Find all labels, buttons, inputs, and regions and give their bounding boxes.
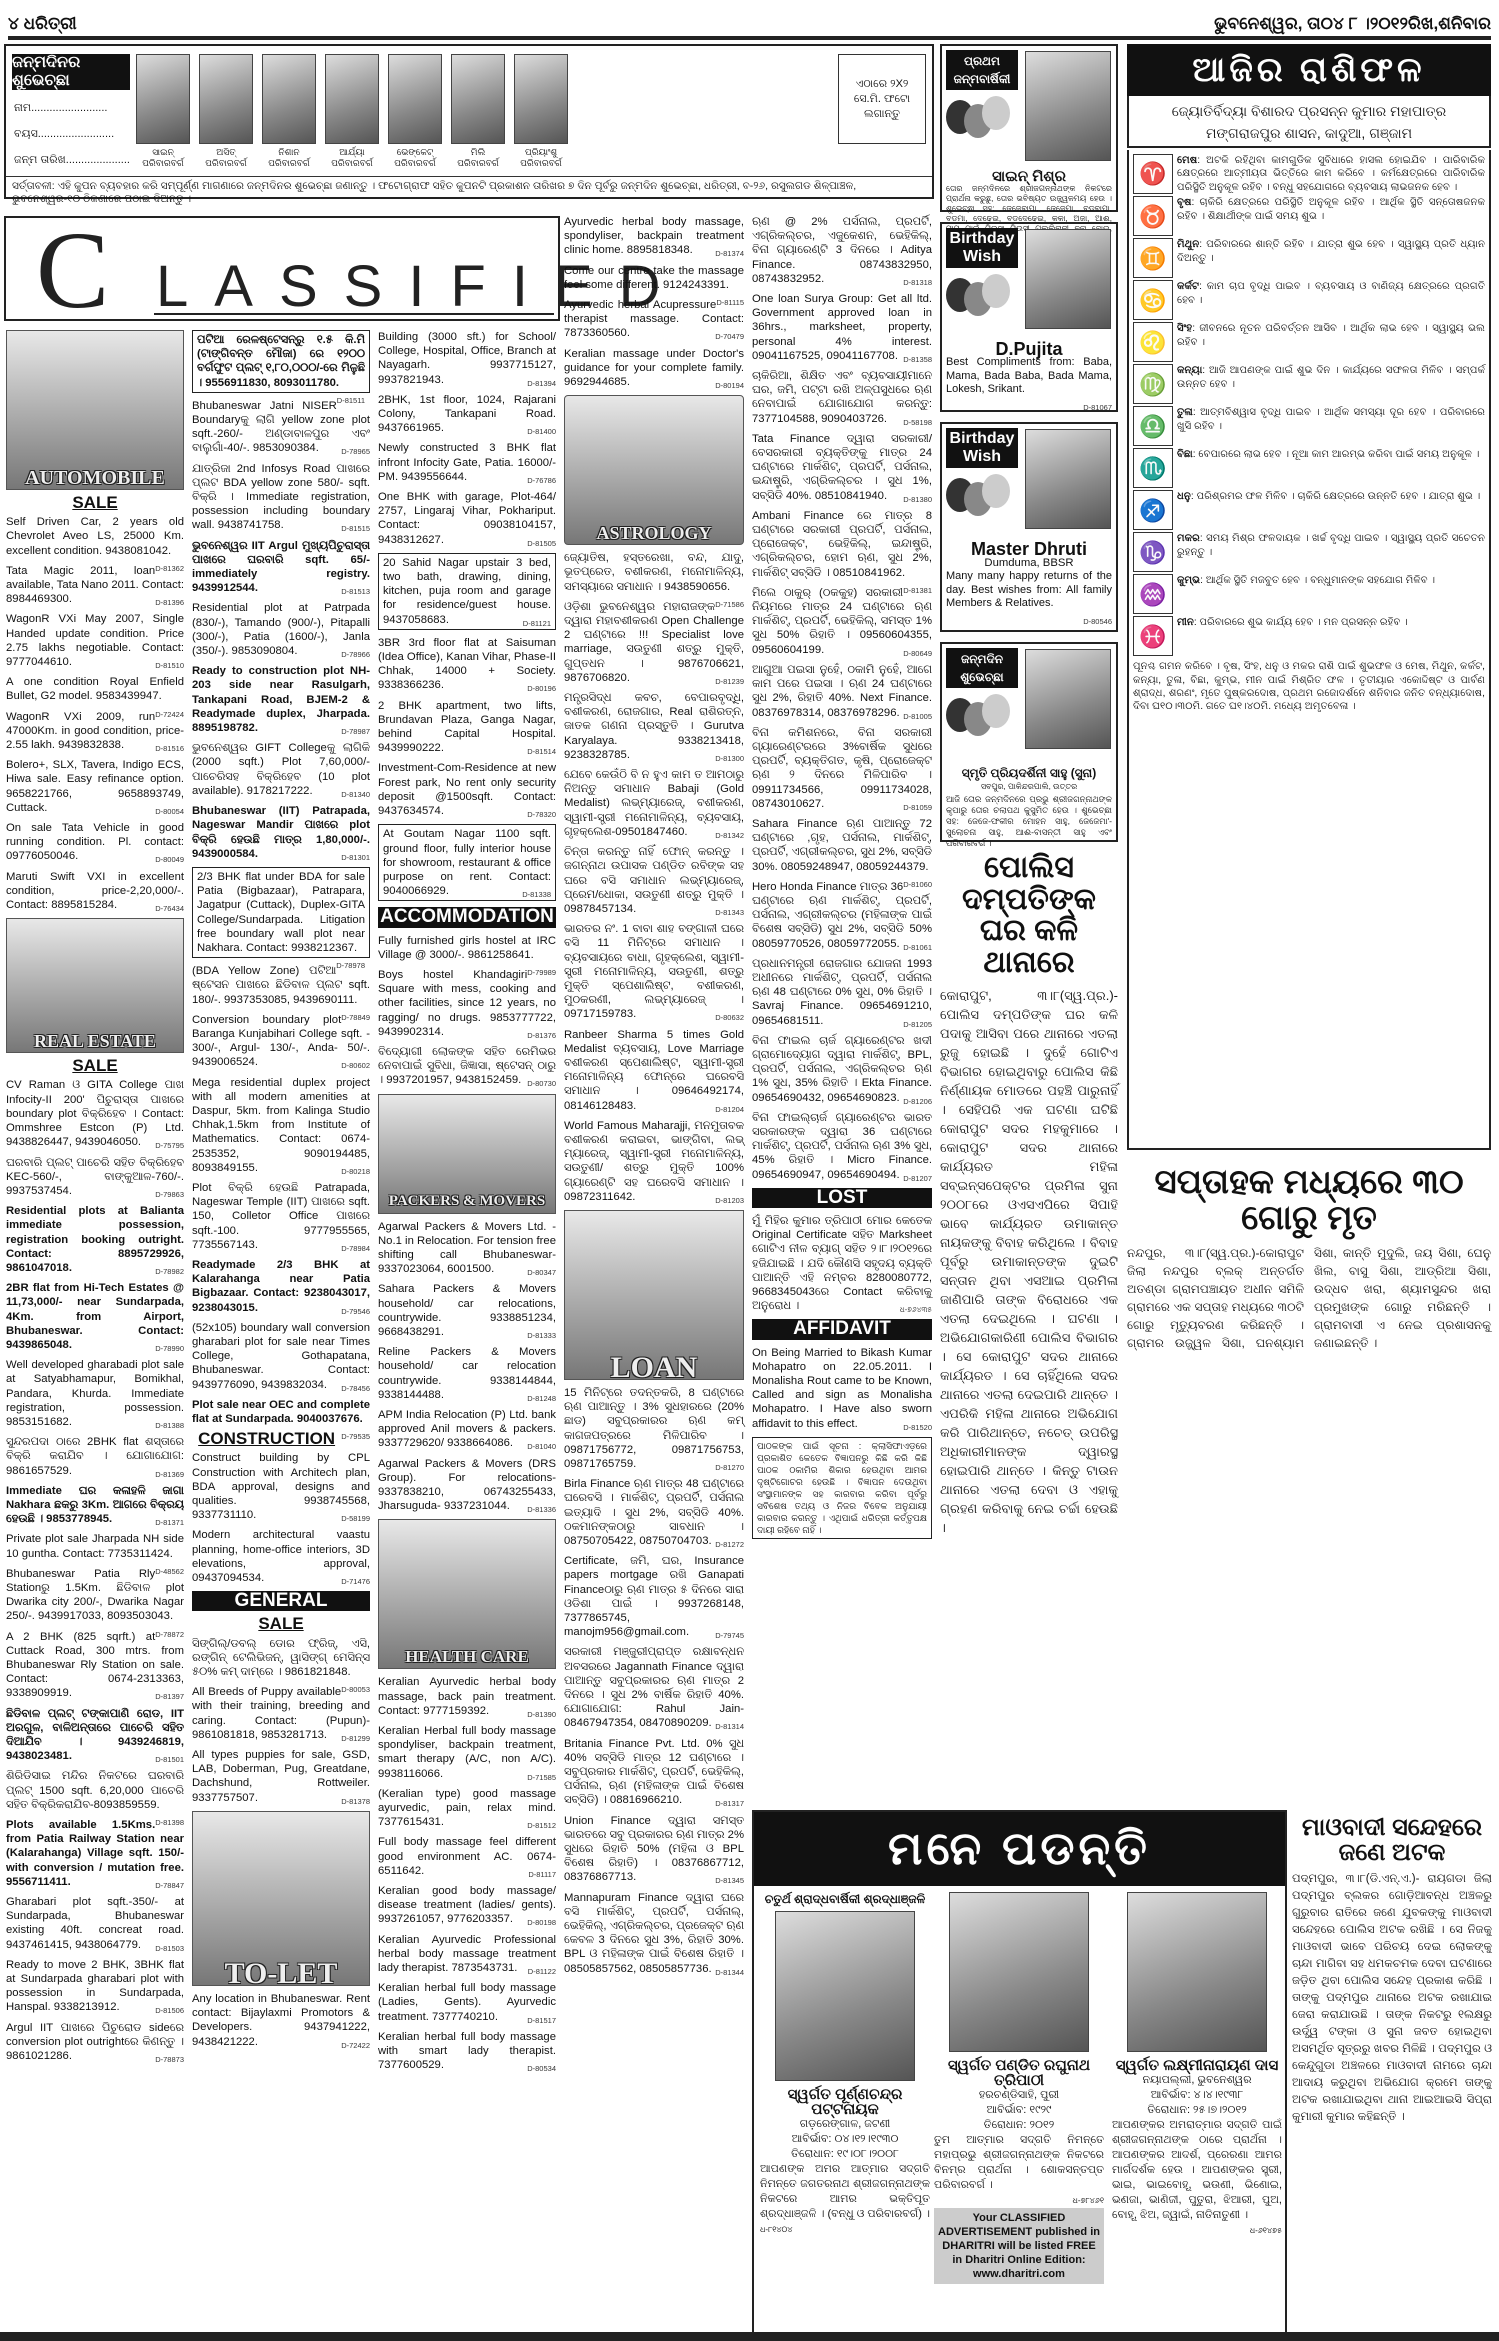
ad-code: D-80649 — [903, 647, 932, 661]
classified-ad: Readymade 2/3 BHK at Kalarahanga near Pa… — [192, 1258, 370, 1315]
ad-code: D-80194 — [715, 379, 744, 393]
obit-code: ଧ-୬୧୪୭୫ — [1112, 2223, 1282, 2238]
ad-text: ବିନା କମିଶନରେ, ବିନା ସରକାରୀ ଗ୍ୟାରେଣ୍ଟରରେ 3… — [752, 727, 932, 810]
sale-heading: SALE — [6, 496, 184, 510]
classified-ad: Plot ବିକ୍ରି ହେଉଛି Patrapada, Nageswar Te… — [192, 1181, 370, 1252]
zodiac-name: ମୀନ — [1177, 617, 1194, 628]
ad-code: D-79546 — [341, 1305, 370, 1319]
kid-family: ପରିବାରବର୍ଗ — [388, 158, 442, 169]
obit-place: ଗଡ଼ରେଙ୍ଗାଳ, ଜଟଣୀ — [760, 2117, 930, 2132]
masthead: ୪ ଧରିତ୍ରୀ ଭୁବନେଶ୍ୱର, ତା୦୪ ୮ ।୨୦୧୨ରିଖ,ଶନି… — [8, 4, 1491, 34]
ad-text: Come our centre take the massage feel so… — [564, 265, 744, 291]
astrology-image: ASTROLOGY — [564, 395, 744, 545]
classified-ad: Keralian herbal full body massage with s… — [378, 2030, 556, 2073]
ad-code: D-81506 — [155, 2004, 184, 2018]
ad-code: D-80054 — [155, 805, 184, 819]
kid-name: ଅସିତ୍ — [199, 147, 253, 158]
classified-ad: On sale Tata Vehicle in good running con… — [6, 821, 184, 864]
rashi-sign-entry: ♈ମେଷ: ଅଟକି ରହିଥିବା କାମଗୁଡିକ ସୁବିଧାରେ ହାସ… — [1133, 154, 1485, 194]
zodiac-name: କର୍କଟ — [1177, 281, 1199, 292]
classified-ad: ଭାରତର ନଂ. 1 ବାବା ଶାହ ବଙ୍ଗାଳୀ ଘରେ ବସି 11 … — [564, 922, 744, 1021]
kid-photo — [262, 54, 316, 144]
ad-code: D-81239 — [715, 675, 744, 689]
classified-ad: Keralian good body massage/ disease trea… — [378, 1884, 556, 1927]
healthcare-image: HEALTH CARE — [378, 1519, 556, 1669]
ad-text: (52x105) boundary wall conversion gharab… — [192, 1322, 370, 1391]
real-estate-image: REAL ESTATE — [6, 918, 184, 1053]
memoriam-section: ମନେ ପଡନ୍ତି ଚତୁର୍ଥ ଶ୍ରାଦ୍ଧବାର୍ଷିକୀ ଶ୍ରଦ୍ଧ… — [752, 1810, 1287, 2340]
ad-code: D-81517 — [527, 2014, 556, 2028]
sale-heading-2: SALE — [6, 1059, 184, 1073]
kid-name: ଭେଙ୍କେଟ୍ — [388, 147, 442, 158]
rashi-sign-entry: ♐ଧନୁ: ପରିଶ୍ରମର ଫଳ ମିଳିବ । ଚାକିରି କ୍ଷେତ୍ର… — [1133, 490, 1485, 530]
photo-placeholder: ଏଠାରେ ୨X୨ ସେ.ମି. ଫଟୋ ଲଗାନ୍ତୁ — [838, 54, 926, 144]
ad-text: 2BR flat from Hi-Tech Estates @ 11,73,00… — [6, 1282, 184, 1351]
ad-text: Sahara Finance ଋଣ ପାଆନ୍ତୁ 72 ଘଣ୍ଟାରେ ,ଗୃ… — [752, 818, 932, 873]
obit-died: ତିରୋଧାନ: ୧୯।୦୮।୨୦୦୮ — [760, 2147, 930, 2162]
ad-code: D-81398 — [155, 1816, 184, 1830]
wish-body: Many many happy returns of the day. Best… — [946, 570, 1112, 611]
classified-ad: ଋଣ @ 2% ପର୍ସନାଲ, ପ୍ରପର୍ଟି, ଏଗ୍ରିକଲ୍ଚର, ଏ… — [752, 215, 932, 286]
kid-card: ପ୍ରିୟାଂଶୁପରିବାରବର୍ଗ — [514, 54, 568, 169]
kid-photo — [199, 54, 253, 144]
kid-photo — [388, 54, 442, 144]
kid-family: ପରିବାରବର୍ଗ — [325, 158, 379, 169]
zodiac-icon: ♊ — [1133, 238, 1173, 278]
ad-text: ଓଡ଼ିଶା ଭୁବନେଶ୍ୱର ମହାରାଜଙ୍କ ଦ୍ୱାରା ମହାବଶୀ… — [564, 601, 744, 684]
classified-ad: Residential plot at Patrpada (830/-), Ta… — [192, 601, 370, 658]
classified-ad: ଭୁବନେଶ୍ୱର IIT Argul ମୁଖ୍ୟପିଚୁରାସ୍ତା ପାଖର… — [192, 539, 370, 596]
wish-name: ସାଇନ୍ ମିଶ୍ର — [946, 170, 1112, 184]
zodiac-icon: ♌ — [1133, 322, 1173, 362]
classified-underline — [154, 313, 554, 315]
ad-code: D-81388 — [155, 1419, 184, 1433]
classified-ad: Keralian Herbal full body massage spondy… — [378, 1724, 556, 1781]
ad-code: D-81378 — [341, 1795, 370, 1809]
wish-body: ଆଜି ତୋର ଜନ୍ମଦିନରେ ପ୍ରଭୁ ଶ୍ରୀଜଗନ୍ନାଥଙ୍କ କ… — [946, 794, 1112, 849]
ad-code: D-79989 — [527, 966, 556, 980]
wish-name: Master Dhruti — [946, 542, 1112, 556]
affidavit-ad: On Being Married to Bikash Kumar Mohapat… — [752, 1346, 932, 1431]
ad-code: D-81362 — [155, 562, 184, 576]
classified-ad: One loan Surya Group: Get all ltd. Gover… — [752, 292, 932, 363]
free-listing-notice: Your CLASSIFIED ADVERTISEMENT published … — [934, 2208, 1104, 2284]
ad-code: D-81203 — [715, 1194, 744, 1208]
ad-code: D-81343 — [715, 906, 744, 920]
obit-photo — [1127, 1892, 1267, 2052]
classified-ad: Plot sale near OEC and complete flat at … — [192, 1398, 370, 1426]
ad-text: Ready to construction plot NH-203 side n… — [192, 665, 370, 734]
classified-ad: 2BR flat from Hi-Tech Estates @ 11,73,00… — [6, 1281, 184, 1352]
zodiac-name: କନ୍ୟା — [1177, 365, 1202, 376]
classified-ad: 15 ମିନିଟ୍‌ରେ ତଦନ୍ତକରି, 8 ଘଣ୍ଟାରେ ଋଣ ପାଆନ… — [564, 1386, 744, 1471]
ad-code: D-81272 — [715, 1538, 744, 1552]
ad-code: D-81061 — [903, 941, 932, 955]
ad-code: D-81207 — [903, 1172, 932, 1186]
classified-ad: ପ୍ରଧାନମନ୍ତ୍ରୀ ରୋଜଗାର ଯୋଜନା 1993 ଅଧୀନରେ ମ… — [752, 957, 932, 1028]
classified-ad: Building (3000 sft.) for School/ College… — [378, 330, 556, 387]
ad-text: Britania Finance Pvt. Ltd. 0% ସୁଧ 40% ସବ… — [564, 1738, 744, 1807]
column-4: Ayurvedic herbal body massage, spondylis… — [564, 215, 744, 1982]
classified-ad: Certificate, ଜମି, ଘର, Insurance papers m… — [564, 1554, 744, 1639]
ad-code: D-81248 — [527, 1392, 556, 1406]
ad-code: D-81204 — [715, 1103, 744, 1117]
ad-code: D-80218 — [341, 1165, 370, 1179]
ad-code: D-81514 — [527, 745, 556, 759]
ad-code: D-81513 — [341, 585, 370, 599]
obit-photo — [775, 1911, 915, 2081]
classified-ad: CV Raman ଓ GITA College ପାଖ Infocity-II … — [6, 1078, 184, 1149]
zodiac-text: ଅଟକି ରହିଥିବା କାମଗୁଡିକ ସୁବିଧାରେ ହାସଲ ହୋଇଯ… — [1177, 155, 1485, 193]
ad-code: D-76786 — [527, 474, 556, 488]
ad-code: D-71586 — [715, 598, 744, 612]
lost-heading: LOST — [752, 1188, 932, 1208]
rashifala-title: ଆଜିର ରାଶିଫଳ — [1127, 44, 1491, 96]
ad-text: ଋଣ @ 2% ପର୍ସନାଲ, ପ୍ରପର୍ଟି, ଏଗ୍ରିକଲ୍ଚର, ଏ… — [752, 216, 932, 285]
anniversary-wish: ପ୍ରଥମ ଜନ୍ମବାର୍ଷିକୀ ସାଇନ୍ ମିଶ୍ର ତୋର ଜନ୍ମଦ… — [940, 44, 1118, 212]
obit-name: ସ୍ୱର୍ଗତ ପଣ୍ଡିତ ରଘୁନାଥ ତ୍ରିପାଠୀ — [934, 2058, 1104, 2088]
zodiac-text: ଆଜି ଆପଣଙ୍କ ପାଇଁ ଶୁଭ ଦିନ । କାର୍ଯ୍ୟରେ ସଫଳତ… — [1177, 365, 1485, 389]
ad-text: 2/3 BHK flat under BDA for sale Patia (B… — [197, 871, 365, 954]
kid-family: ପରିବାରବର୍ଗ — [136, 158, 190, 169]
classified-ad: Bolero+, SLX, Tavera, Indigo ECS, Hiwa s… — [6, 758, 184, 815]
obit-card: ସ୍ୱର୍ଗତ ଲକ୍ଷ୍ମୀନାରାୟଣ ଦାସ ନୟାପଲ୍ଲୀ, ଭୁବନ… — [1112, 1892, 1282, 2238]
ad-code: D-81117 — [528, 1868, 556, 1882]
zodiac-name: ଧନୁ — [1177, 491, 1191, 502]
classified-ad: Birla Finance ଋଣ ମାତ୍ର 48 ଘଣ୍ଟାରେ ଘରେବସି… — [564, 1477, 744, 1548]
ad-code: D-78984 — [341, 1242, 370, 1256]
packers-caption: PACKERS & MOVERS — [379, 1194, 555, 1208]
masthead-rule — [8, 36, 1491, 40]
classified-ad: Reline Packers & Movers household/ car r… — [378, 1345, 556, 1402]
ad-code: D-81501 — [155, 1753, 184, 1767]
zodiac-icon: ♓ — [1133, 616, 1173, 656]
maoist-headline: ମାଓବାଦୀ ସନ୍ଦେହରେ ଜଣେ ଅଟକ — [1292, 1815, 1492, 1865]
wish-photo — [1025, 429, 1111, 529]
kid-name: ସାଇନ୍ — [136, 147, 190, 158]
ad-code: D-79863 — [155, 1188, 184, 1202]
column-5: ଋଣ @ 2% ପର୍ସନାଲ, ପ୍ରପର୍ଟି, ଏଗ୍ରିକଲ୍ଚର, ଏ… — [752, 215, 932, 1539]
ad-text: ଜ୍ୟୋତିଷ, ହସ୍ତରେଖା, ବନ୍ଦ, ଯାଦୁ, ଭୂତପ୍ରେତ,… — [564, 552, 744, 592]
ad-text: On Being Married to Bikash Kumar Mohapat… — [752, 1347, 932, 1430]
ad-code: D-81344 — [715, 1966, 744, 1980]
page-label: ୪ ଧରିତ୍ରୀ — [8, 14, 77, 34]
classified-ad: ଯାତ୍ରିଜା 2nd Infosys Road ପାଖରେ ପ୍ଲଟ BDA… — [192, 462, 370, 533]
classified-ad: ମନ୍ତ୍ରସିଦ୍ଧ କବଚ, ବେପାରବୃଦ୍ଧି, ବଶୀକରଣ, ରୋ… — [564, 691, 744, 762]
cattle-story: ସପ୍ତାହକ ମଧ୍ୟରେ ୩୦ ଗୋରୁ ମୃତ ନନ୍ଦପୁର, ୩।୮(… — [1127, 1165, 1491, 1805]
classified-ad: Bhubaneswar (IIT) Patrapada, Nageswar Ma… — [192, 804, 370, 861]
ad-code: D-81060 — [903, 878, 932, 892]
cattle-headline: ସପ୍ତାହକ ମଧ୍ୟରେ ୩୦ ଗୋରୁ ମୃତ — [1127, 1165, 1491, 1236]
classified-ad: Modern architectural vaastu planning, ho… — [192, 1528, 370, 1585]
classified-ad: Ready to move 2 BHK, 3BHK flat at Sundar… — [6, 1958, 184, 2015]
kid-family: ପରିବାରବର୍ଗ — [199, 158, 253, 169]
ad-code: D-81317 — [715, 1797, 744, 1811]
ad-text: ଯେବେ କେଉଁଠି ବି ନ ହୁଏ କାମ ତ ଆମଠାରୁ ନିଅନ୍ତ… — [564, 769, 744, 838]
zodiac-text: ପରିବାରରେ ଶାନ୍ତି ରହିବ । ଯାତ୍ରା ଶୁଭ ହେବ । … — [1177, 239, 1485, 263]
classified-ad: Sahara Packers & Movers household/ car r… — [378, 1282, 556, 1339]
classified-ad: Residential plots at Balianta immediate … — [6, 1204, 184, 1275]
ad-text: Fully furnished girls hostel at IRC Vill… — [378, 935, 556, 961]
kid-photo — [451, 54, 505, 144]
classified-ad: Agarwal Packers & Movers (DRS Group). Fo… — [378, 1457, 556, 1514]
classified-ad: Keralian Ayurvedic Professional herbal b… — [378, 1933, 556, 1976]
ad-code: D-78456 — [341, 1382, 370, 1396]
ad-text: Tata Finance ଦ୍ୱାରା ସରକାରୀ/ ବେସରକାରୀ ବ୍ୟ… — [752, 433, 932, 502]
rashifala-body: ♈ମେଷ: ଅଟକି ରହିଥିବା କାମଗୁଡିକ ସୁବିଧାରେ ହାସ… — [1127, 150, 1491, 1150]
ad-text: 15 ମିନିଟ୍‌ରେ ତଦନ୍ତକରି, 8 ଘଣ୍ଟାରେ ଋଣ ପାଆନ… — [564, 1387, 744, 1470]
general-heading: GENERAL — [192, 1591, 370, 1611]
classified-ad: Ready to construction plot NH-203 side n… — [192, 664, 370, 735]
ad-code: D-81515 — [341, 522, 370, 536]
classified-ad: Full body massage feel different good en… — [378, 1835, 556, 1878]
zodiac-name: ମିଥୁନ — [1177, 239, 1199, 250]
ad-code: D-80196 — [527, 682, 556, 696]
ad-code: D-79535 — [341, 1430, 370, 1444]
zodiac-icon: ♑ — [1133, 532, 1173, 572]
obit-code: ଧ-୮୧୪୦୪ — [760, 2222, 930, 2237]
ad-text: ଶିରିଡିସାଇ ମନ୍ଦିର ନିକଟରେ ଘରବାରି ପ୍ଲଟ୍ 150… — [6, 1770, 184, 1810]
ad-code: D-80534 — [527, 2062, 556, 2076]
ad-code: D-81270 — [715, 1461, 744, 1475]
zodiac-name: ସିଂହ — [1177, 323, 1192, 334]
automobile-image: AUTOMOBILE — [6, 330, 184, 490]
loan-image: LOAN — [564, 1210, 744, 1380]
wish-name: D.Pujita — [946, 342, 1112, 356]
birthday-coupon-title: ଜନ୍ମଦିନର ଶୁଭେଚ୍ଛା — [12, 54, 130, 90]
classified-ad: Private plot sale Jharpada NH side 10 gu… — [6, 1532, 184, 1560]
classified-ad: Self Driven Car, 2 years old Chevrolet A… — [6, 515, 184, 558]
classified-ad: ବିନା ଫାଇଲ୍‌ଚାର୍ଜ ଗ୍ୟାରେଣ୍ଟର ଭାରତ ସରକାରଙ୍… — [752, 1111, 932, 1182]
classified-ad: ଚାକିରିଆ, ଶିକ୍ଷିତ ଏବଂ ବ୍ୟବସାୟୀମାନେ ଘର, ଜମ… — [752, 369, 932, 426]
obit-place: ହରଚଣ୍ଡିସାହି, ପୁରୀ — [934, 2088, 1104, 2103]
ad-code: D-79745 — [715, 1629, 744, 1643]
ad-text: CV Raman ଓ GITA College ପାଖ Infocity-II … — [6, 1079, 184, 1148]
ad-code: D-81394 — [527, 377, 556, 391]
ad-text: Birla Finance ଋଣ ମାତ୍ର 48 ଘଣ୍ଟାରେ ଘରେବସି… — [564, 1478, 744, 1547]
rashi-sign-entry: ♏ବିଛା: ବେପାରରେ ଲାଭ ହେବ । ନୂଆ କାମ ଆରମ୍ଭ କ… — [1133, 448, 1485, 488]
ad-code: D-81512 — [527, 1819, 556, 1833]
age-field[interactable]: ବୟସ......................... — [14, 128, 114, 141]
birthday-wish-dhruti: Birthday Wish Master Dhruti Dumduma, BBS… — [940, 422, 1118, 632]
classified-ad: ବିନା କମିଶନରେ, ବିନା ସରକାରୀ ଗ୍ୟାରେଣ୍ଟରରେ 3… — [752, 726, 932, 811]
ad-code: D-81390 — [527, 1708, 556, 1722]
classified-ad: 2 BHK apartment, two lifts, Brundavan Pl… — [378, 699, 556, 756]
kid-family: ପରିବାରବର୍ଗ — [514, 158, 568, 169]
obit-card: ଚତୁର୍ଥ ଶ୍ରାଦ୍ଧବାର୍ଷିକୀ ଶ୍ରଦ୍ଧାଞ୍ଜଳି ସ୍ୱର… — [760, 1892, 930, 2237]
ad-code: D-81376 — [527, 1029, 556, 1043]
ad-code: D-81371 — [155, 1516, 184, 1530]
ad-text: Mannapuram Finance ଦ୍ୱାରା ଘରେ ବସି ମାର୍କଶ… — [564, 1892, 744, 1975]
astrologer-address: ମଙ୍ଗରାଜପୁର ଶାସନ, କାଦୁଆ, ଗଞ୍ଜାମ — [1129, 122, 1489, 144]
automobile-caption: AUTOMOBILE — [7, 471, 183, 485]
classified-ad: Mannapuram Finance ଦ୍ୱାରା ଘରେ ବସି ମାର୍କଶ… — [564, 1891, 744, 1976]
wish-tag: Birthday Wish — [946, 228, 1018, 268]
ad-text: Ambani Finance ରେ ମାତ୍ର 8 ଘଣ୍ଟାରେ ସରକାରୀ… — [752, 510, 932, 579]
kid-photo — [325, 54, 379, 144]
classified-ad: ସିଙ୍ଗିଲ୍/ଡବଲ୍ ଡୋର ଫ୍ରିଜ୍, ଏସି, ରଙ୍ଗିନ୍ ଟ… — [192, 1637, 370, 1680]
classified-ad: Newly constructed 3 BHK flat infront Inf… — [378, 441, 556, 484]
zodiac-name: ବୃଷ — [1177, 197, 1191, 208]
classified-ad: (52x105) boundary wall conversion gharab… — [192, 1321, 370, 1392]
obit-card: ସ୍ୱର୍ଗତ ପଣ୍ଡିତ ରଘୁନାଥ ତ୍ରିପାଠୀ ହରଚଣ୍ଡିସା… — [934, 1892, 1104, 2284]
kid-card: ଅସିତ୍ପରିବାରବର୍ଗ — [199, 54, 253, 169]
ad-code: D-81005 — [903, 710, 932, 724]
zodiac-icon: ♉ — [1133, 196, 1173, 236]
ad-code: D-81400 — [527, 425, 556, 439]
ad-code: D-81314 — [715, 1720, 744, 1734]
memoriam-banner: ମନେ ପଡନ୍ତି — [754, 1812, 1285, 1886]
ad-code: D-81205 — [903, 1018, 932, 1032]
classified-c: C — [36, 220, 109, 320]
classified-ad: 2BHK, 1st floor, 1024, Rajarani Colony, … — [378, 393, 556, 436]
ad-code: D-81338 — [522, 888, 551, 902]
classified-ad: APM India Relocation (P) Ltd. bank appro… — [378, 1408, 556, 1451]
wish-photo — [1025, 51, 1111, 161]
ad-code: D-81396 — [155, 596, 184, 610]
ad-code: D-81345 — [715, 1874, 744, 1888]
kid-name: ଆର୍ଯ୍ୟା — [325, 147, 379, 158]
ad-code: D-78966 — [341, 648, 370, 662]
ad-code: D-48562 — [155, 1565, 184, 1579]
ad-code: D-81342 — [715, 829, 744, 843]
rashi-sign-entry: ♎ତୁଳା: ଆତ୍ମବିଶ୍ୱାସ ବୃଦ୍ଧି ପାଇବ । ଆର୍ଥିକ … — [1133, 406, 1485, 446]
classified-ad: Ranbeer Sharma 5 times Gold Medalist ବ୍ୟ… — [564, 1028, 744, 1113]
ad-text: Plot sale near OEC and complete flat at … — [192, 1399, 370, 1425]
classified-ad: Construct building by CPL Construction w… — [192, 1451, 370, 1522]
ad-text: ମନ୍ତ୍ରସିଦ୍ଧ କବଚ, ବେପାରବୃଦ୍ଧି, ବଶୀକରଣ, ରୋ… — [564, 692, 744, 761]
classified-ad: WagonR VXi May 2007, Single Handed updat… — [6, 612, 184, 669]
zodiac-text: ଆତ୍ମବିଶ୍ୱାସ ବୃଦ୍ଧି ପାଇବ । ଆର୍ଥିକ ସମସ୍ୟା … — [1177, 407, 1485, 431]
classified-ad: Britania Finance Pvt. Ltd. 0% ସୁଧ 40% ସବ… — [564, 1737, 744, 1808]
astrology-caption: ASTROLOGY — [565, 526, 743, 540]
rashi-sign-entry: ♒କୁମ୍ଭ: ଆର୍ଥିକ ସ୍ଥିତି ମଜବୁତ ହେବ । ବନ୍ଧୁମ… — [1133, 574, 1485, 614]
accommodation-heading: ACCOMMODATION — [378, 907, 556, 927]
rashi-sign-entry: ♊ମିଥୁନ: ପରିବାରରେ ଶାନ୍ତି ରହିବ । ଯାତ୍ରା ଶୁ… — [1133, 238, 1485, 278]
classified-ad: One BHK with garage, Plot-464/ 2757, Lin… — [378, 490, 556, 547]
zodiac-icon: ♐ — [1133, 490, 1173, 530]
obit-born: ଆବିର୍ଭାବ: ୦୪।୧୨।୧୯୩୦ — [760, 2132, 930, 2147]
zodiac-icon: ♍ — [1133, 364, 1173, 404]
ad-code: D-78990 — [155, 1342, 184, 1356]
rashi-sign-entry: ♌ସିଂହ: ଜୀବନରେ ନୂତନ ପରିବର୍ତ୍ତନ ଆସିବ । ଆର୍… — [1133, 322, 1485, 362]
obit-photo — [949, 1892, 1089, 2052]
classified-banner: C LASSIFIED — [4, 216, 560, 321]
dob-field[interactable]: ଜନ୍ମ ତାରିଖ..................... — [14, 154, 130, 167]
ad-text: ବିନା ଫାଇଲ ଚାର୍ଜ ଗ୍ୟାରେଣ୍ଟର ଖଦୀ ଗ୍ରାମୋଦ୍ୟ… — [752, 1035, 932, 1104]
ad-code: D-78965 — [341, 445, 370, 459]
cattle-story-body: ନନ୍ଦପୁର, ୩।୮(ସ୍ୱ.ପ୍ର.)-କୋରାପୁଟ ଜିଲା ନନ୍ଦ… — [1127, 1244, 1491, 1352]
column-3: Building (3000 sft.) for School/ College… — [378, 330, 556, 2078]
kid-name: ମିଲି — [451, 147, 505, 158]
zodiac-name: ମେଷ — [1177, 155, 1197, 166]
wish-tag: ଜନ୍ମଦିନ ଶୁଭେଚ୍ଛା — [946, 648, 1018, 688]
zodiac-text: ପରିଶ୍ରମର ଫଳ ମିଳିବ । ଚାକିରି କ୍ଷେତ୍ରରେ ଉନ୍… — [1197, 491, 1481, 502]
ad-code: ଧ-୭୬୪୩୫ — [900, 1303, 932, 1317]
ad-code: D-81520 — [903, 1421, 932, 1435]
classified-ad: ଛିଡିବାଳ ପ୍ଲଟ୍ ଟଙ୍କାପାଣି ରୋଡ, IIT ଅରଗୁଳ, … — [6, 1707, 184, 1764]
ad-code: D-58199 — [341, 1512, 370, 1526]
classified-ad: ସରକାରୀ ମଞ୍ଜୁରୀପ୍ରାପ୍ତ ରକ୍ଷାବନ୍ଧନ ଅବସରରେ … — [564, 1645, 744, 1730]
ad-code: D-81340 — [341, 788, 370, 802]
ad-code: D-80049 — [155, 853, 184, 867]
classified-ad: World Famous Maharajji, ମନମୁତାବକ ବଶୀକରଣ … — [564, 1119, 744, 1204]
ad-code: D-78987 — [341, 725, 370, 739]
zodiac-icon: ♏ — [1133, 448, 1173, 488]
ad-code: D-81301 — [341, 851, 370, 865]
kids-photo-row: ସାଇନ୍ପରିବାରବର୍ଗ ଅସିତ୍ପରିବାରବର୍ଗ ନିଶାନପରି… — [136, 54, 568, 169]
ad-code: D-78982 — [155, 1265, 184, 1279]
obit-code: ଧ-୭୮୪୬୧ — [934, 2193, 1104, 2208]
ad-text: Private plot sale Jharpada NH side 10 gu… — [6, 1533, 184, 1559]
general-sale-heading: SALE — [192, 1617, 370, 1631]
ad-text: ଯାତ୍ରିଜା 2nd Infosys Road ପାଖରେ ପ୍ଲଟ BDA… — [192, 463, 370, 532]
ad-code: D-78849 — [341, 1011, 370, 1025]
zodiac-icon: ♈ — [1133, 154, 1173, 194]
name-field[interactable]: ନାମ......................... — [14, 102, 107, 115]
packers-image: PACKERS & MOVERS — [378, 1094, 556, 1214]
balloons-icon — [946, 274, 1016, 334]
ad-code: D-78320 — [527, 808, 556, 822]
obit-born: ଆବିର୍ଭାବ: ୧୯୨୯ — [934, 2103, 1104, 2118]
ad-code: D-81300 — [715, 752, 744, 766]
classified-ad: ଜ୍ୟୋତିଷ, ହସ୍ତରେଖା, ବନ୍ଦ, ଯାଦୁ, ଭୂତପ୍ରେତ,… — [564, 551, 744, 594]
balloons-icon — [946, 96, 1016, 156]
column-2: ପଟିଆ ରେଳଷ୍ଟେସନ୍‌ରୁ ୧.୫ କି.ମି (ଟାଙ୍ଗିବନ୍ତ… — [192, 330, 370, 2055]
bottom-rule — [0, 2332, 1499, 2341]
obit-name: ସ୍ୱର୍ଗତ ଲକ୍ଷ୍ମୀନାରାୟଣ ଦାସ — [1112, 2058, 1282, 2073]
ad-text: Certificate, ଜମି, ଘର, Insurance papers m… — [564, 1555, 744, 1638]
ad-code: D-81059 — [903, 801, 932, 815]
classified-ad: ବିଦ୍ୟୋଗୀ ଲୋକଙ୍କ ସହିତ ରେମିଭର ନେବାପାଇଁ ସୁବ… — [378, 1045, 556, 1088]
ad-code: D-81336 — [527, 1503, 556, 1517]
ad-code: D-81121 — [523, 617, 551, 631]
birthday-wish-smruti: ଜନ୍ମଦିନ ଶୁଭେଚ୍ଛା ସ୍ମୃତି ପ୍ରିୟଦର୍ଶିନୀ ସାହ… — [940, 642, 1118, 842]
classified-ad: ପଟିଆ ରେଳଷ୍ଟେସନ୍‌ରୁ ୧.୫ କି.ମି (ଟାଙ୍ଗିବନ୍ତ… — [192, 330, 370, 393]
classified-ad: Union Finance ଦ୍ୱାରା ସମସ୍ତ ଭାରତରେ ସବୁ ପ୍… — [564, 1814, 744, 1885]
classified-ad: At Goutam Nagar 1100 sqft. ground floor,… — [378, 824, 556, 901]
lost-ad: ମୁଁ ମିହିର କୁମାର ତ୍ରିପାଠୀ ମୋର କେତେକ Origi… — [752, 1214, 932, 1313]
classified-ad: Keralian herbal full body massage (Ladie… — [378, 1981, 556, 2024]
classified-ad: Ayurvedic herbal body massage, spondylis… — [564, 215, 744, 258]
classified-ad: ଚିନ୍ତା କରନ୍ତୁ ନାହିଁ ଫୋନ୍ କରନ୍ତୁ । ଜଗନ୍ନା… — [564, 845, 744, 916]
birthday-wish-pujita: Birthday Wish D.Pujita Best Compliments … — [940, 222, 1118, 412]
wish-code: D-81067 — [1083, 401, 1112, 415]
classified-ad: Keralian massage under Doctor's guidance… — [564, 347, 744, 390]
ad-code: D-81358 — [903, 353, 932, 367]
wish-tag: ପ୍ରଥମ ଜନ୍ମବାର୍ଷିକୀ — [946, 50, 1018, 90]
wish-photo — [1025, 229, 1111, 329]
ad-text: ଭାରତର ନଂ. 1 ବାବା ଶାହ ବଙ୍ଗାଳୀ ଘରେ ବସି 11 … — [564, 923, 744, 1020]
kid-family: ପରିବାରବର୍ଗ — [262, 158, 316, 169]
ad-text: Well developed gharabadi plot sale at Sa… — [6, 1359, 184, 1428]
loan-caption: LOAN — [565, 1361, 743, 1375]
ad-code: D-81122 — [528, 1965, 556, 1979]
maoist-story-body: ପଦ୍ମପୁର, ୩।୮(ଡି.ଏନ୍.ଏ.)- ରାୟଗଡା ଜିଲା ପଦ୍… — [1292, 1871, 1492, 2126]
ad-text: 20 Sahid Nagar upstair 3 bed, two bath, … — [383, 557, 551, 626]
kid-name: ନିଶାନ — [262, 147, 316, 158]
zodiac-text: ବେପାରରେ ଲାଭ ହେବ । ନୂଆ କାମ ଆରମ୍ଭ କରିବା ପା… — [1198, 449, 1479, 460]
ad-code: D-81333 — [527, 1329, 556, 1343]
ad-text: Plot ବିକ୍ରି ହେଉଛି Patrapada, Nageswar Te… — [192, 1182, 370, 1251]
classified-ad: Tata Finance ଦ୍ୱାରା ସରକାରୀ/ ବେସରକାରୀ ବ୍ୟ… — [752, 432, 932, 503]
classified-ad: Immediate ଘର କଳାହଳି ଜାଗା Nakhara ଛକରୁ 3K… — [6, 1484, 184, 1527]
zodiac-text: କାମ ଚାପ ବୃଦ୍ଧି ପାଇବ । ବ୍ୟବସାୟ ଓ ବାଣିଜ୍ୟ … — [1177, 281, 1485, 305]
obit-body: ତୁମ ଆତ୍ମାର ସଦ୍‌ଗତି ନିମନ୍ତେ ମହାପ୍ରଭୁ ଶ୍ରୀ… — [934, 2133, 1104, 2193]
rashi-sign-entry: ♓ମୀନ: ପରିବାରରେ ଶୁଭ କାର୍ଯ୍ୟ ହେବ । ମନ ପ୍ରସ… — [1133, 616, 1485, 656]
ad-code: D-78872 — [155, 1628, 184, 1642]
maoist-story: ମାଓବାଦୀ ସନ୍ଦେହରେ ଜଣେ ଅଟକପଦ୍ମପୁର, ୩।୮(ଡି.… — [1292, 1815, 1492, 2330]
